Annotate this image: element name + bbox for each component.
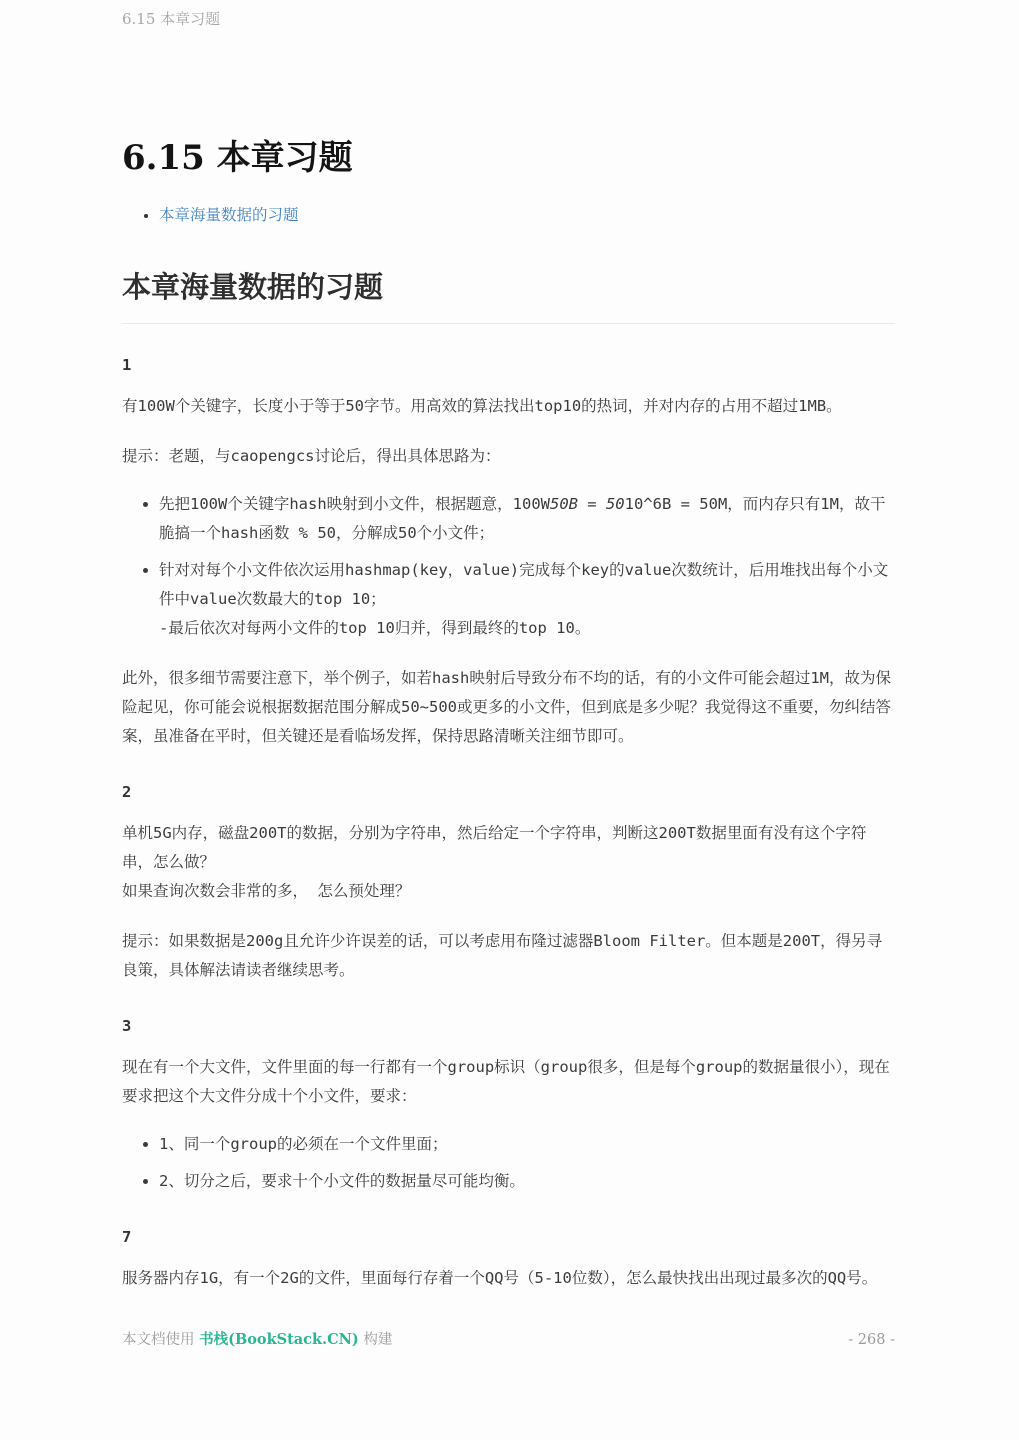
footer-prefix: 本文档使用 xyxy=(122,1332,195,1348)
document-page: 6.15 本章习题 6.15 本章习题 本章海量数据的习题 本章海量数据的习题 … xyxy=(0,0,1019,1440)
question-2-line: 单机5G内存，磁盘200T的数据，分别为字符串，然后给定一个字符串，判断这200… xyxy=(122,819,895,877)
running-header: 6.15 本章习题 xyxy=(122,8,895,30)
bookstack-brand-link[interactable]: 书栈(BookStack.CN) xyxy=(199,1331,359,1348)
question-7-label: 7 xyxy=(122,1223,895,1252)
list-item: 针对对每个小文件依次运用hashmap(key，value)完成每个key的va… xyxy=(159,556,895,643)
question-1-body: 有100W个关键字，长度小于等于50字节。用高效的算法找出top10的热词，并对… xyxy=(122,392,895,421)
question-2-label: 2 xyxy=(122,778,895,807)
page-number: - 268 - xyxy=(848,1332,895,1348)
page-footer: 本文档使用 书栈(BookStack.CN) 构建 - 268 - xyxy=(122,1328,895,1349)
step-text-emphasis: 50B = 50 xyxy=(550,495,625,513)
question-1-hint-intro: 提示：老题，与caopengcs讨论后，得出具体思路为： xyxy=(122,442,895,471)
step-text: 针对对每个小文件依次运用hashmap(key，value)完成每个key的va… xyxy=(159,556,895,614)
toc-link-mass-data-exercises[interactable]: 本章海量数据的习题 xyxy=(159,206,299,224)
question-7-body: 服务器内存1G，有一个2G的文件，里面每行存着一个QQ号（5-10位数），怎么最… xyxy=(122,1264,895,1293)
question-1-note: 此外，很多细节需要注意下，举个例子，如若hash映射后导致分布不均的话，有的小文… xyxy=(122,664,895,751)
step-text: -最后依次对每两小文件的top 10归并，得到最终的top 10。 xyxy=(159,614,895,643)
question-1-steps-list: 先把100W个关键字hash映射到小文件，根据题意，100W50B = 5010… xyxy=(122,490,895,643)
question-2-line: 如果查询次数会非常的多， 怎么预处理？ xyxy=(122,877,895,906)
question-3-requirements-list: 1、同一个group的必须在一个文件里面； 2、切分之后，要求十个小文件的数据量… xyxy=(122,1130,895,1196)
step-text: 先把100W个关键字hash映射到小文件，根据题意，100W xyxy=(159,495,550,513)
question-1-label: 1 xyxy=(122,351,895,380)
list-item: 2、切分之后，要求十个小文件的数据量尽可能均衡。 xyxy=(159,1167,895,1196)
question-3-body: 现在有一个大文件，文件里面的每一行都有一个group标识（group很多，但是每… xyxy=(122,1053,895,1111)
section-heading: 本章海量数据的习题 xyxy=(122,270,895,324)
chapter-title: 6.15 本章习题 xyxy=(122,138,895,179)
footer-build-note: 本文档使用 书栈(BookStack.CN) 构建 xyxy=(122,1328,392,1349)
question-3-label: 3 xyxy=(122,1012,895,1041)
footer-suffix: 构建 xyxy=(363,1332,392,1348)
question-2-hint: 提示：如果数据是200g且允许少许误差的话，可以考虑用布隆过滤器Bloom Fi… xyxy=(122,927,895,985)
list-item: 先把100W个关键字hash映射到小文件，根据题意，100W50B = 5010… xyxy=(159,490,895,548)
toc-item: 本章海量数据的习题 xyxy=(159,201,895,230)
list-item: 1、同一个group的必须在一个文件里面； xyxy=(159,1130,895,1159)
toc-list: 本章海量数据的习题 xyxy=(122,201,895,230)
question-2-body: 单机5G内存，磁盘200T的数据，分别为字符串，然后给定一个字符串，判断这200… xyxy=(122,819,895,906)
